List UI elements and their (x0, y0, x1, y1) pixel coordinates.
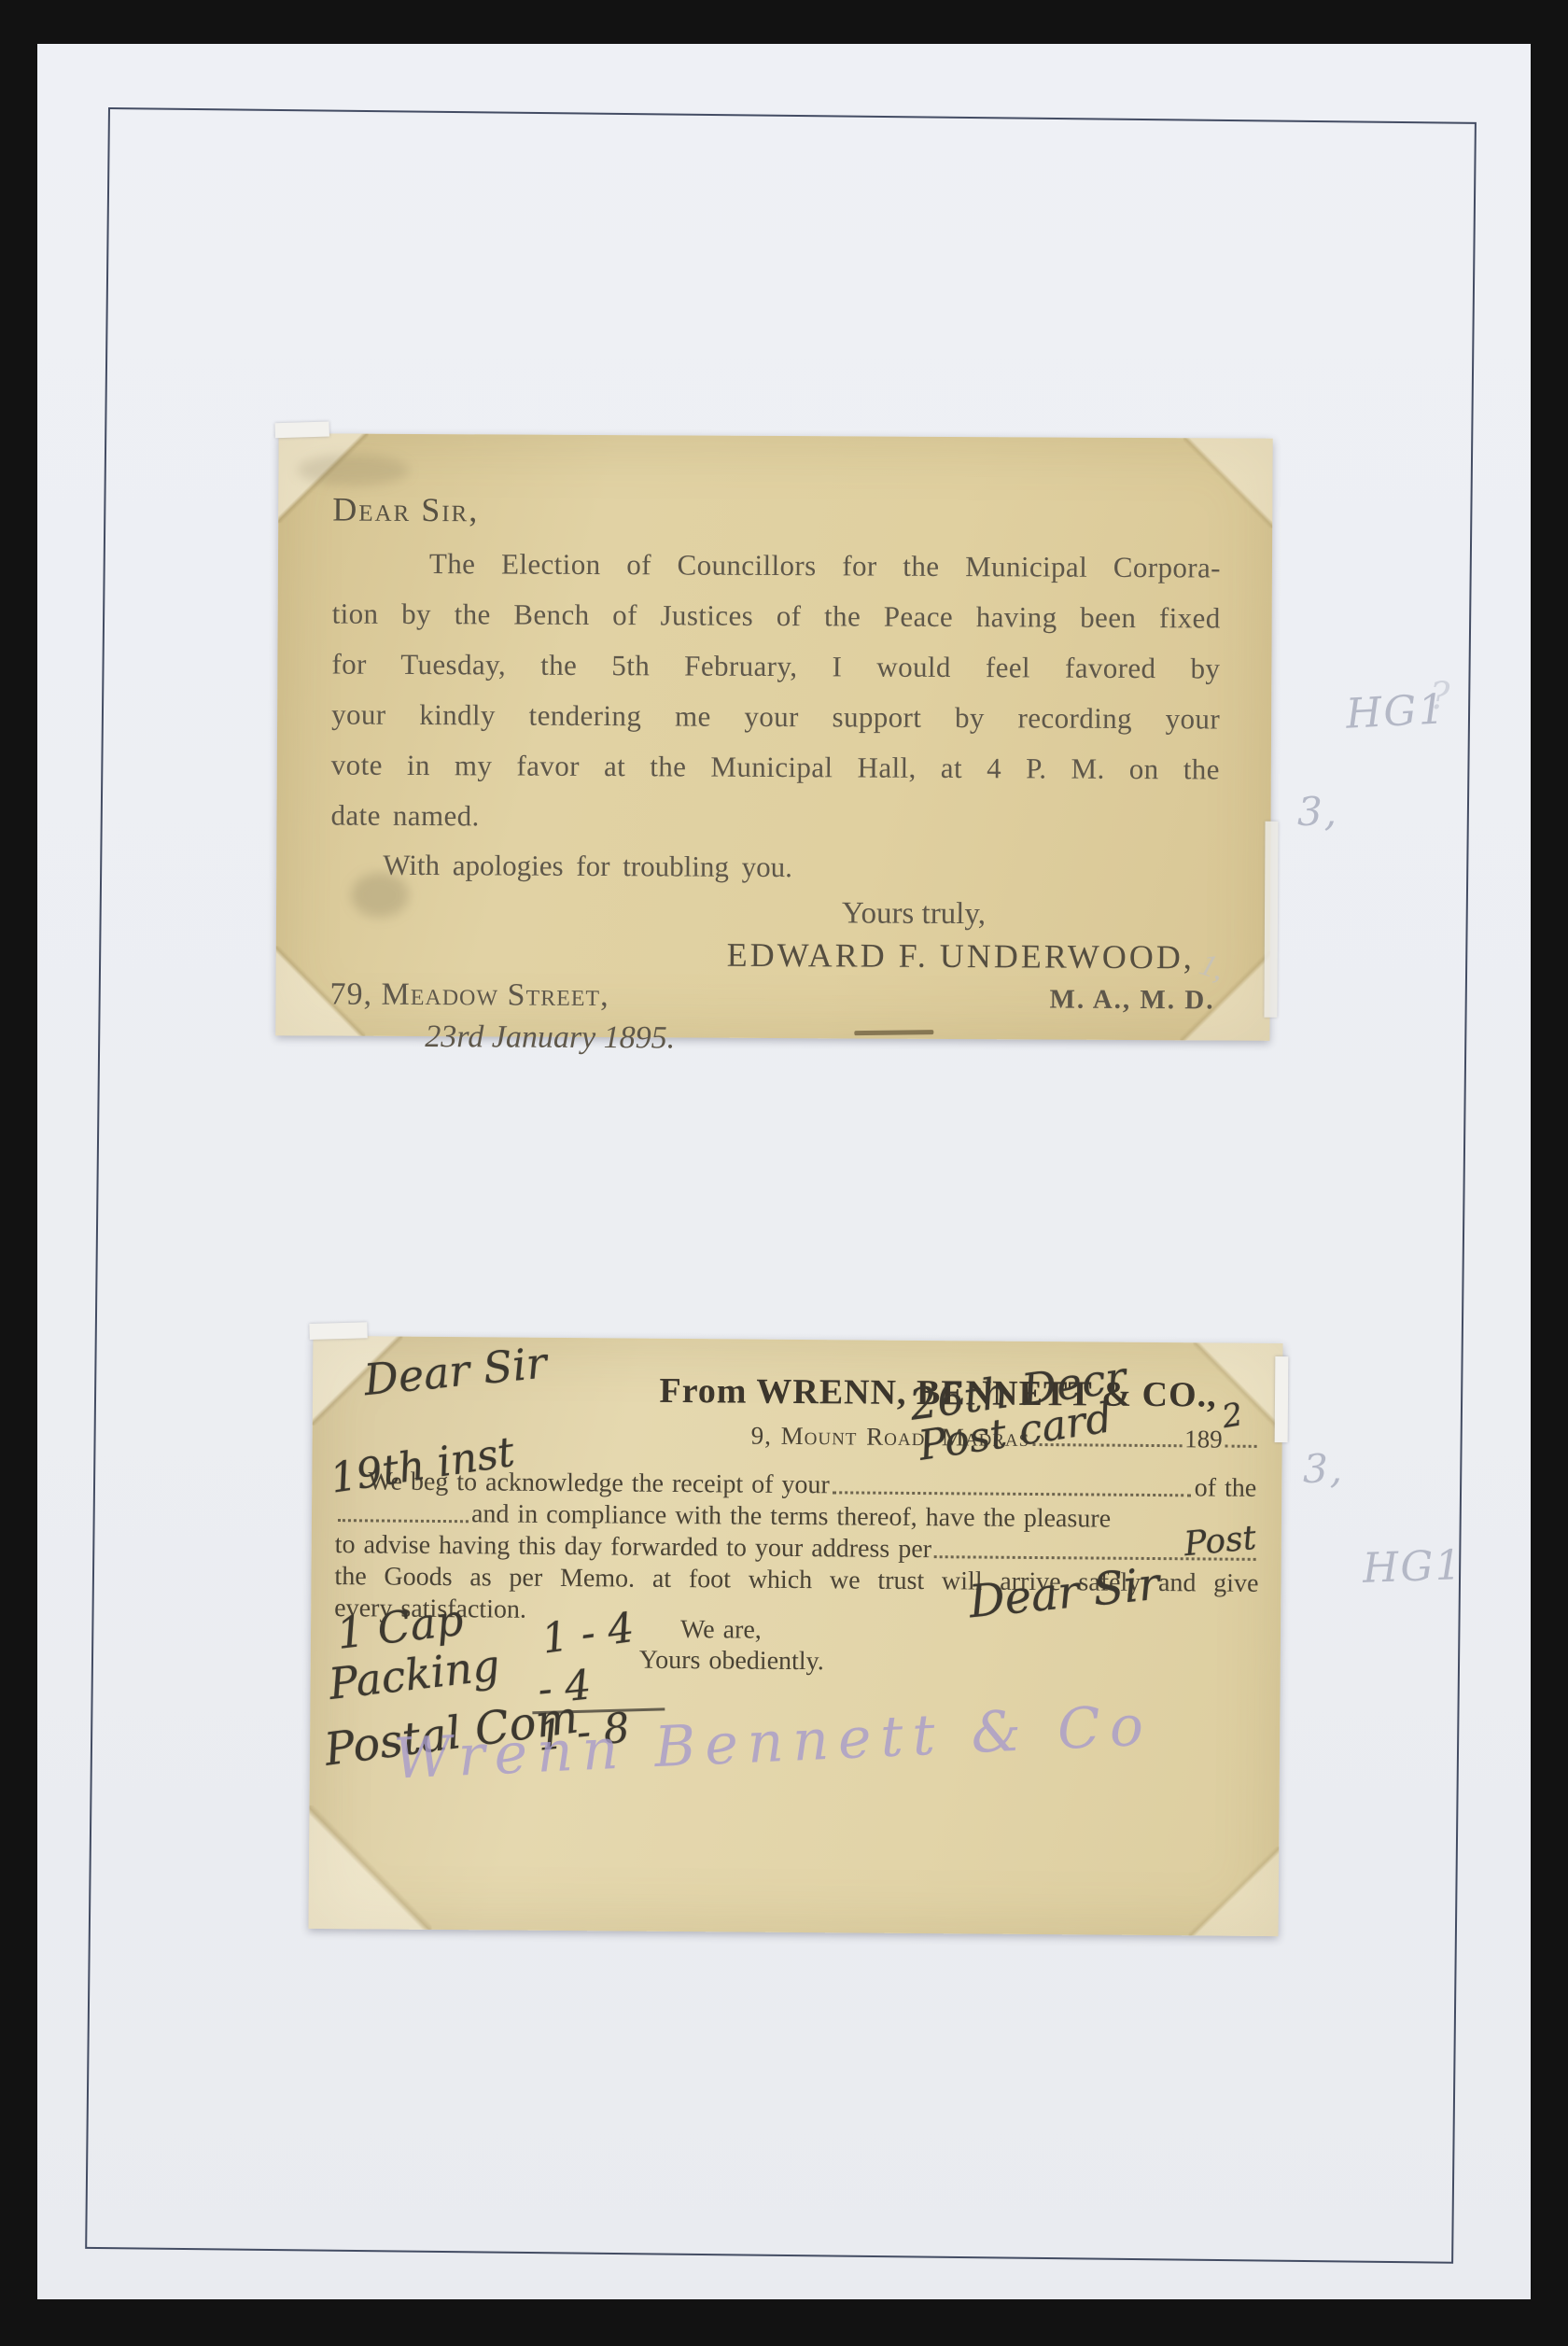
printed-signature: EDWARD F. UNDERWOOD, (330, 933, 1219, 978)
pencil-annotation-3-bottom: 3, (1303, 1446, 1344, 1492)
postcard-wrenn-bennett: From WRENN, BENNETT & CO., 9, Mount Road… (309, 1336, 1283, 1936)
handwriting-amount-1-4: 1 - 4 (539, 1604, 637, 1664)
printed-date: 23rd January 1895. (329, 1018, 1218, 1061)
pencil-annotation-question: ? (1430, 675, 1451, 718)
salutation: Dear Sir, (332, 481, 1221, 543)
body-line: tion by the Bench of Justices of the Pea… (332, 589, 1221, 644)
mount-tab (274, 421, 329, 438)
photo-corner-fold (1188, 1846, 1279, 1936)
scanned-album-sheet: Dear Sir, The Election of Councillors fo… (0, 0, 1568, 2346)
body-line: date named. (330, 791, 1219, 846)
body-line: your kindly tendering me your support by… (331, 690, 1220, 745)
body-paragraph: The Election of Councillors for the Muni… (330, 539, 1221, 846)
body-line: vote in my favor at the Municipal Hall, … (331, 740, 1220, 795)
form-text: and in compliance with the terms thereof… (471, 1499, 1111, 1534)
postcard-election-notice: Dear Sir, The Election of Councillors fo… (275, 433, 1272, 1041)
credentials: M. A., M. D. (1049, 978, 1218, 1022)
mount-tab (309, 1322, 367, 1340)
body-line: for Tuesday, the 5th February, I would f… (331, 639, 1220, 695)
photo-corner-fold (309, 1805, 433, 1930)
we-are-line: We are, (680, 1615, 762, 1646)
street-address: 79, Meadow Street, (329, 974, 609, 1018)
dotted-leader (338, 1519, 469, 1523)
form-text: to advise having this day forwarded to y… (335, 1530, 932, 1565)
apology-line: With apologies for troubling you. (330, 841, 1219, 894)
year-prefix: 189 (1184, 1425, 1223, 1454)
pencil-annotation-3-top: 3, (1297, 789, 1338, 835)
form-text: of the (1195, 1473, 1257, 1504)
pencil-annotation-hg1-bottom: HG1 (1362, 1541, 1463, 1593)
address-row: 79, Meadow Street, M. A., M. D. (329, 974, 1218, 1022)
dotted-leader (1225, 1445, 1257, 1448)
yours-obediently-line: Yours obediently. (639, 1646, 824, 1678)
body-line: The Election of Councillors for the Muni… (332, 539, 1221, 594)
album-page: Dear Sir, The Election of Councillors fo… (37, 44, 1531, 2299)
form-line-compliance: and in compliance with the terms thereof… (335, 1498, 1259, 1536)
handwriting-post: Post (1183, 1519, 1258, 1564)
printed-notice-text: Dear Sir, The Election of Councillors fo… (329, 481, 1221, 1061)
handwriting-dear-sir-top: Dear Sir (362, 1337, 550, 1405)
closing-line: Yours truly, (330, 890, 1219, 937)
mount-tab (1264, 822, 1278, 1018)
dotted-leader (833, 1491, 1192, 1496)
